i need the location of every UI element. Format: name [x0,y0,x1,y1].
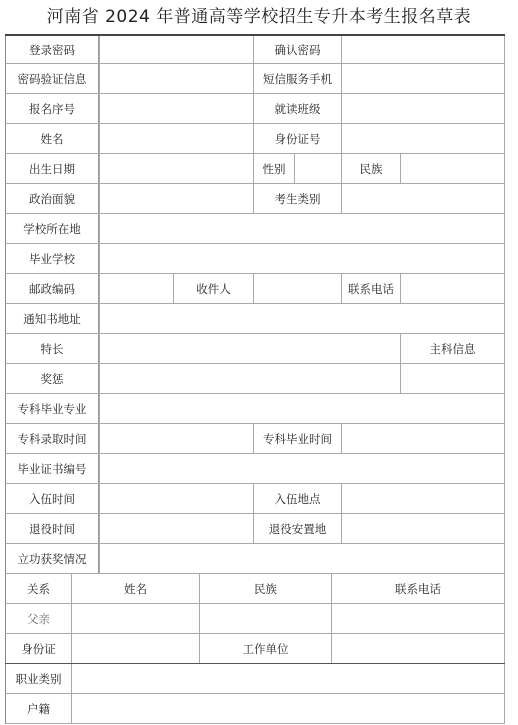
label-login-password: 登录密码 [5,36,99,63]
label-password-verify-info: 密码验证信息 [5,64,99,93]
name-field[interactable] [99,124,253,153]
row-postal-recipient-phone: 邮政编码 收件人 联系电话 [5,274,505,304]
gender-field[interactable] [294,154,341,183]
discharge-time-field[interactable] [99,514,253,543]
graduation-school-field[interactable] [99,244,505,273]
header-relation: 关系 [5,574,71,603]
row-diploma-number: 毕业证书编号 [5,454,505,484]
label-work-unit: 工作单位 [199,634,331,663]
label-enlistment-time: 入伍时间 [5,484,99,513]
row-merits-awards: 立功获奖情况 [5,544,505,574]
household-registration-field[interactable] [71,694,505,723]
registration-no-field[interactable] [99,94,253,123]
label-college-admission-time: 专科录取时间 [5,424,99,453]
father-ethnicity-field[interactable] [199,604,331,633]
label-household-registration: 户籍 [5,694,71,723]
rewards-punishments-field[interactable] [99,364,400,393]
occupation-type-field[interactable] [71,664,505,693]
header-phone: 联系电话 [331,574,505,603]
family-header-row: 关系 姓名 民族 联系电话 [5,574,505,604]
label-school-location: 学校所在地 [5,214,99,243]
label-graduation-school: 毕业学校 [5,244,99,273]
registration-form-table: 登录密码 确认密码 密码验证信息 短信服务手机 报名序号 就读班级 姓名 身份证… [5,34,505,724]
label-political-status: 政治面貌 [5,184,99,213]
confirm-password-field[interactable] [341,36,505,63]
father-name-field[interactable] [71,604,199,633]
school-location-field[interactable] [99,214,505,243]
label-notice-address: 通知书地址 [5,304,99,333]
birth-date-field[interactable] [99,154,253,183]
enlistment-place-field[interactable] [341,484,505,513]
label-merits-awards: 立功获奖情况 [5,544,99,573]
row-rewards: 奖惩 [5,364,505,394]
label-enlistment-place: 入伍地点 [253,484,341,513]
discharge-placement-field[interactable] [341,514,505,543]
row-college-major: 专科毕业专业 [5,394,505,424]
label-birth-date: 出生日期 [5,154,99,183]
row-verify-phone: 密码验证信息 短信服务手机 [5,64,505,94]
row-registration-class: 报名序号 就读班级 [5,94,505,124]
label-id-number: 身份证号 [253,124,341,153]
row-birth-gender-ethnicity: 出生日期 性别 民族 [5,154,505,184]
ethnicity-field[interactable] [400,154,505,183]
header-ethnicity: 民族 [199,574,331,603]
row-discharge: 退役时间 退役安置地 [5,514,505,544]
row-political-candidate: 政治面貌 考生类别 [5,184,505,214]
row-name-id: 姓名 身份证号 [5,124,505,154]
sms-phone-field[interactable] [341,64,505,93]
postal-code-field[interactable] [99,274,173,303]
label-gender: 性别 [253,154,294,183]
family-row-household: 户籍 [5,694,505,724]
label-sms-phone: 短信服务手机 [253,64,341,93]
family-row-id-work: 身份证 工作单位 [5,634,505,664]
id-number-field[interactable] [341,124,505,153]
label-major-subject-info: 主科信息 [400,334,505,363]
label-id-card: 身份证 [5,634,71,663]
label-diploma-number: 毕业证书编号 [5,454,99,483]
login-password-field[interactable] [99,36,253,63]
label-discharge-placement: 退役安置地 [253,514,341,543]
form-title: 河南省 2024 年普通高等学校招生专升本考生报名草表 [0,2,518,27]
label-confirm-password: 确认密码 [253,36,341,63]
specialty-field[interactable] [99,334,400,363]
candidate-type-field[interactable] [341,184,505,213]
label-registration-no: 报名序号 [5,94,99,123]
label-father: 父亲 [5,604,71,633]
label-recipient: 收件人 [173,274,253,303]
label-rewards-punishments: 奖惩 [5,364,99,393]
header-name: 姓名 [71,574,199,603]
label-class: 就读班级 [253,94,341,123]
row-notice-address: 通知书地址 [5,304,505,334]
label-name: 姓名 [5,124,99,153]
label-contact-phone: 联系电话 [341,274,400,303]
father-work-unit-field[interactable] [331,634,505,663]
row-enlistment: 入伍时间 入伍地点 [5,484,505,514]
college-major-field[interactable] [99,394,505,423]
family-row-father: 父亲 [5,604,505,634]
father-phone-field[interactable] [331,604,505,633]
enlistment-time-field[interactable] [99,484,253,513]
recipient-field[interactable] [253,274,341,303]
political-status-field[interactable] [99,184,253,213]
label-ethnicity: 民族 [341,154,400,183]
label-postal-code: 邮政编码 [5,274,99,303]
row-school-location: 学校所在地 [5,214,505,244]
row-specialty: 特长 主科信息 [5,334,505,364]
major-subject-info-field[interactable] [400,364,505,393]
family-row-occupation: 职业类别 [5,664,505,694]
label-specialty: 特长 [5,334,99,363]
college-admission-time-field[interactable] [99,424,253,453]
label-college-major: 专科毕业专业 [5,394,99,423]
merits-awards-field[interactable] [99,544,505,573]
row-college-times: 专科录取时间 专科毕业时间 [5,424,505,454]
password-verify-info-field[interactable] [99,64,253,93]
label-candidate-type: 考生类别 [253,184,341,213]
label-college-graduation-time: 专科毕业时间 [253,424,341,453]
contact-phone-field[interactable] [400,274,505,303]
row-graduation-school: 毕业学校 [5,244,505,274]
row-password: 登录密码 确认密码 [5,34,505,64]
label-occupation-type: 职业类别 [5,664,71,693]
father-id-card-field[interactable] [71,634,199,663]
diploma-number-field[interactable] [99,454,505,483]
notice-address-field[interactable] [99,304,505,333]
college-graduation-time-field[interactable] [341,424,505,453]
label-discharge-time: 退役时间 [5,514,99,543]
class-field[interactable] [341,94,505,123]
